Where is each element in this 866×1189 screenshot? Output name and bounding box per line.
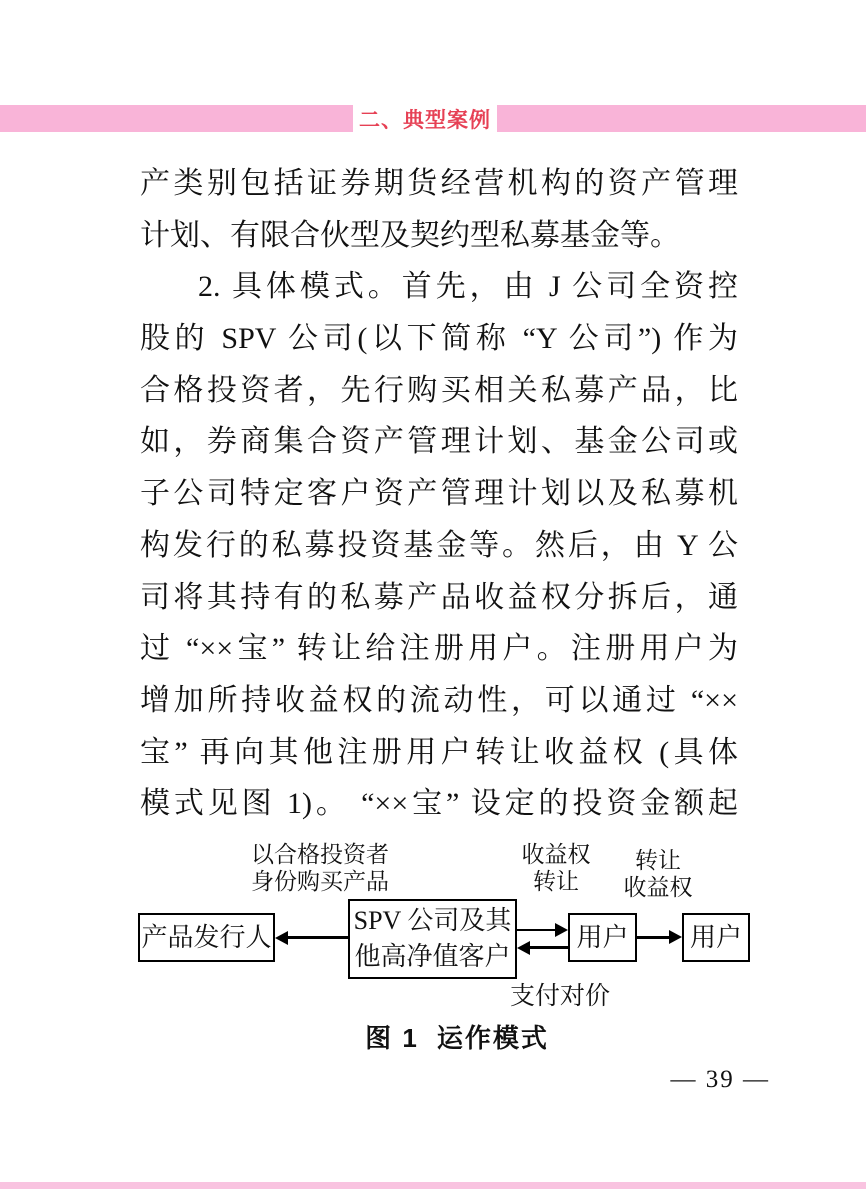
label-buy-as-qualified-investor: 以合格投资者 身份购买产品	[240, 841, 400, 895]
header-band: 二、典型案例	[0, 105, 866, 132]
figure-caption-number: 图 1	[365, 1023, 419, 1053]
book-page: 二、典型案例 产类别包括证券期货经营机构的资产管理 计划、有限合伙型及契约型私募…	[0, 0, 866, 1189]
body-line: 构发行的私募投资基金等。然后，由 Y 公	[140, 520, 738, 572]
box-product-issuer: 产品发行人	[138, 913, 275, 962]
header-band-left	[0, 105, 353, 132]
figure-caption-title: 运作模式	[437, 1023, 549, 1053]
arrow-spv-to-issuer-head	[275, 931, 288, 945]
body-line: 模式见图 1)。 “××宝” 设定的投资金额起	[140, 778, 738, 830]
arrow-user1-to-spv-head	[517, 941, 530, 955]
arrow-user1-to-user2-head	[669, 930, 682, 944]
body-line: 宝” 再向其他注册用户转让收益权 (具体	[140, 727, 738, 779]
header-band-right	[497, 105, 866, 132]
arrow-spv-to-issuer-line	[286, 936, 348, 939]
body-text: 产类别包括证券期货经营机构的资产管理 计划、有限合伙型及契约型私募基金等。 2.…	[140, 158, 738, 830]
body-line: 产类别包括证券期货经营机构的资产管理	[140, 158, 738, 210]
page-number: — 39 —	[0, 1066, 866, 1094]
section-title: 二、典型案例	[353, 105, 497, 132]
body-line: 股的 SPV 公司(以下简称 “Y 公司”) 作为	[140, 313, 738, 365]
body-line: 过 “××宝” 转让给注册用户。注册用户为	[140, 623, 738, 675]
body-line: 子公司特定客户资产管理计划以及私募机	[140, 468, 738, 520]
arrow-spv-to-user1-line	[517, 929, 557, 931]
figure-caption: 图 1运作模式	[157, 1018, 757, 1055]
box-user-1: 用户	[568, 913, 637, 962]
arrow-user1-to-user2-line	[637, 936, 671, 939]
footer-band	[0, 1182, 866, 1189]
label-yield-right-transfer: 收益权 转让	[506, 841, 606, 895]
body-line: 司将其持有的私募产品收益权分拆后，通	[140, 572, 738, 624]
arrow-user1-to-spv-line	[528, 946, 568, 949]
box-user-2: 用户	[682, 913, 750, 962]
body-line: 如，券商集合资产管理计划、基金公司或	[140, 416, 738, 468]
box-spv-company: SPV 公司及其 他高净值客户	[348, 899, 517, 979]
arrow-spv-to-user1-head	[555, 923, 568, 937]
body-line: 合格投资者，先行购买相关私募产品，比	[140, 365, 738, 417]
body-line: 计划、有限合伙型及契约型私募基金等。	[140, 210, 738, 262]
body-line: 2. 具体模式。首先，由 J 公司全资控	[140, 261, 738, 313]
body-line: 增加所持收益权的流动性，可以通过 “××	[140, 675, 738, 727]
label-resell-yield-right: 转让 收益权	[610, 847, 706, 901]
label-pay-consideration: 支付对价	[500, 983, 620, 1010]
